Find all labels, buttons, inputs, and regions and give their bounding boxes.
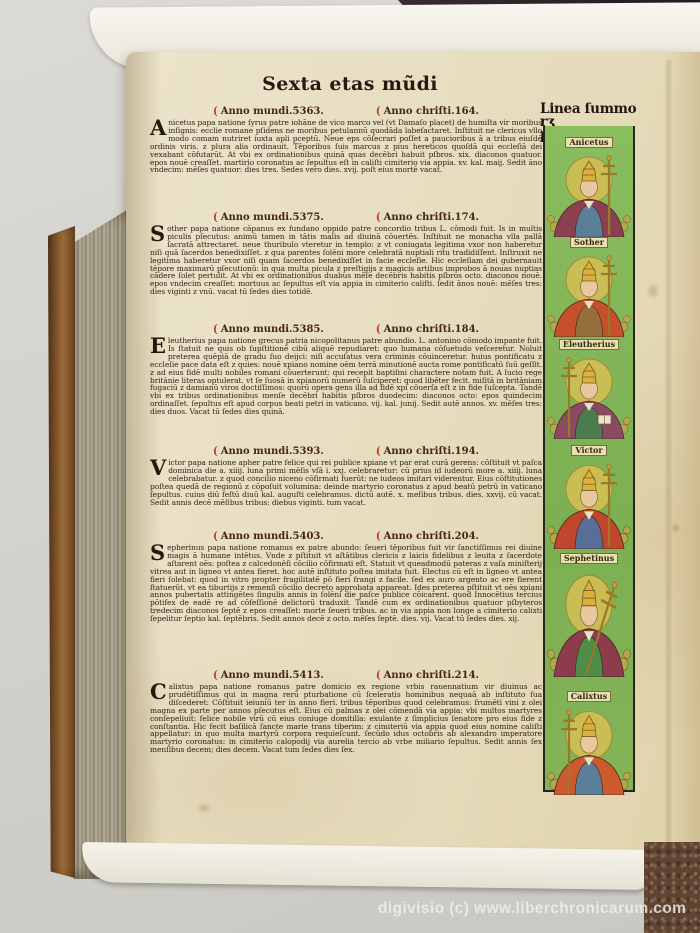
anno-christi-label: (Anno chriſti.184. (376, 324, 479, 337)
pope-lineage-panel: AnicetusSotherEleutheriusVictorSephetinu… (543, 126, 635, 792)
anno-mundi-label: (Anno mundi.5393. (213, 446, 324, 459)
anno-christi-label: (Anno chriſti.204. (376, 531, 479, 544)
anno-mundi-label: (Anno mundi.5363. (213, 106, 324, 119)
text-column: (Anno mundi.5363.(Anno chriſti.164.Anice… (150, 106, 542, 784)
pope-name-banner: Victor (571, 445, 606, 456)
paragraph-body: Sepherinus papa natione romanus ex patre… (150, 544, 542, 669)
page-title: Sexta etas mũdi (172, 73, 528, 95)
chronicle-paragraph: (Anno mundi.5413.(Anno chriſti.214.Calix… (150, 670, 542, 784)
paragraph-mark-icon: ( (213, 531, 218, 544)
paragraph-mark-icon: ( (376, 324, 381, 337)
drop-cap-initial: V (150, 459, 168, 476)
pope-name-banner: Eleutherius (559, 339, 619, 350)
pope-figure-icon (546, 149, 632, 237)
paragraph-mark-icon: ( (213, 670, 218, 683)
pope-figure-icon (546, 249, 632, 337)
chronicle-page: Sexta etas mũdi (Anno mundi.5363.(Anno c… (126, 52, 700, 864)
paragraph-heading: (Anno mundi.5413.(Anno chriſti.214. (150, 670, 542, 683)
book-icon (598, 415, 611, 424)
drop-cap-initial: S (150, 544, 167, 561)
underlying-page-bottom (82, 842, 651, 890)
page-stain (646, 282, 660, 300)
paragraph-mark-icon: ( (376, 531, 381, 544)
pope-figure-icon (546, 565, 632, 677)
paragraph-mark-icon: ( (376, 670, 381, 683)
book-cover-bottom-corner (644, 842, 700, 933)
pope-entry: Sephetinus (545, 546, 633, 677)
paragraph-heading: (Anno mundi.5363.(Anno chriſti.164. (150, 106, 542, 119)
drop-cap-initial: A (150, 119, 168, 136)
pope-figure-icon (546, 703, 632, 795)
pope-figure-icon (546, 351, 632, 439)
anno-christi-label: (Anno chriſti.174. (376, 212, 479, 225)
anno-mundi-label: (Anno mundi.5375. (213, 212, 324, 225)
paragraph-body: Victor papa natione apher patre felice q… (150, 459, 542, 530)
chronicle-paragraph: (Anno mundi.5393.(Anno chriſti.194.Victo… (150, 446, 542, 531)
leather-spine (48, 226, 75, 878)
pope-name-banner: Anicetus (565, 137, 612, 148)
anno-mundi-label: (Anno mundi.5413. (213, 670, 324, 683)
pope-entry: Victor (545, 438, 633, 549)
chronicle-paragraph: (Anno mundi.5375.(Anno chriſti.174.Sothe… (150, 212, 542, 324)
paragraph-heading: (Anno mundi.5375.(Anno chriſti.174. (150, 212, 542, 225)
pope-figure-icon (546, 457, 632, 549)
pope-name-banner: Sother (570, 237, 608, 248)
pope-entry: Calixtus (545, 684, 633, 795)
anno-mundi-label: (Anno mundi.5385. (213, 324, 324, 337)
chronicle-paragraph: (Anno mundi.5363.(Anno chriſti.164.Anice… (150, 106, 542, 212)
chronicle-paragraph: (Anno mundi.5385.(Anno chriſti.184.Eleut… (150, 324, 542, 446)
paragraph-heading: (Anno mundi.5385.(Anno chriſti.184. (150, 324, 542, 337)
pope-entry: Eleutherius (545, 332, 633, 439)
paragraph-body: Sother papa natione cāpanus ex fundano o… (150, 225, 542, 323)
page-crease (664, 60, 673, 856)
drop-cap-initial: S (150, 225, 167, 242)
pope-entry: Sother (545, 230, 633, 337)
anno-christi-label: (Anno chriſti.214. (376, 670, 479, 683)
pope-entry: Anicetus (545, 130, 633, 237)
paragraph-mark-icon: ( (213, 324, 218, 337)
paragraph-mark-icon: ( (376, 212, 381, 225)
paragraph-mark-icon: ( (213, 446, 218, 459)
paragraph-mark-icon: ( (376, 106, 381, 119)
anno-christi-label: (Anno chriſti.164. (376, 106, 479, 119)
drop-cap-initial: C (150, 683, 169, 700)
paragraph-body: Calixtus papa natione romanus patre domi… (150, 683, 542, 783)
watermark: digivisio (c) www.liberchronicarum.com (378, 900, 700, 918)
paragraph-body: Anicetus papa natione ſyrus patre iohāne… (150, 119, 542, 211)
paragraph-heading: (Anno mundi.5393.(Anno chriſti.194. (150, 446, 542, 459)
pope-name-banner: Calixtus (567, 691, 611, 702)
page-stain (671, 522, 681, 534)
paragraph-mark-icon: ( (376, 446, 381, 459)
paragraph-body: Eleutherius papa natione grecus patria n… (150, 337, 542, 445)
paragraph-mark-icon: ( (213, 106, 218, 119)
chronicle-paragraph: (Anno mundi.5403.(Anno chriſti.204.Sephe… (150, 531, 542, 670)
drop-cap-initial: E (150, 337, 168, 354)
book-photograph: Sexta etas mũdi (Anno mundi.5363.(Anno c… (0, 0, 700, 933)
anno-mundi-label: (Anno mundi.5403. (213, 531, 324, 544)
page-stain (196, 802, 212, 814)
anno-christi-label: (Anno chriſti.194. (376, 446, 479, 459)
paragraph-heading: (Anno mundi.5403.(Anno chriſti.204. (150, 531, 542, 544)
pope-name-banner: Sephetinus (560, 553, 618, 564)
paragraph-mark-icon: ( (213, 212, 218, 225)
